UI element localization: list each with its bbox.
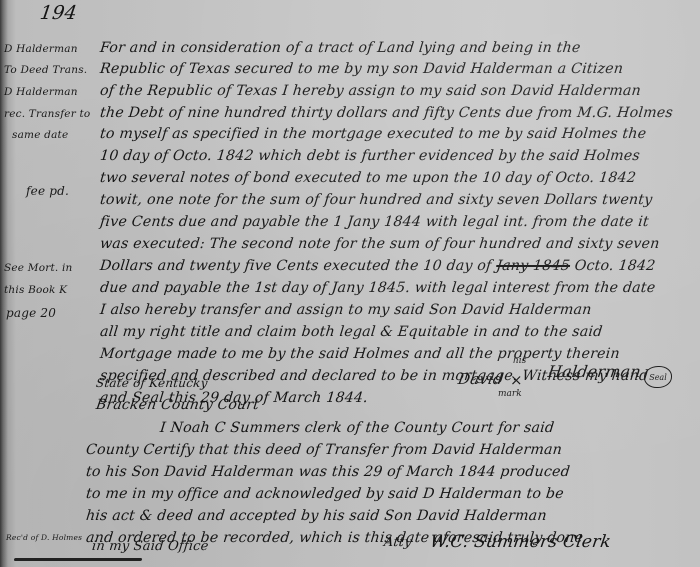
- certificate-state: State of Kentucky: [95, 377, 208, 389]
- certificate-county: Bracken County Court: [95, 398, 260, 412]
- deed-body-line: of the Republic of Texas I hereby assign…: [99, 84, 641, 98]
- certificate-line: I Noah C Summers clerk of the County Cou…: [159, 421, 555, 435]
- margin-note: fee pd.: [26, 185, 69, 197]
- page-number: 194: [39, 4, 79, 23]
- deed-body-line: was executed: The second note for the su…: [99, 237, 660, 251]
- deed-body-line: Republic of Texas secured to me by my so…: [99, 62, 624, 76]
- attest-label: Atty: [383, 536, 413, 549]
- struck-out-text: Jany 1845: [495, 258, 570, 274]
- clerk-signature: W.C. Summers Clerk: [429, 534, 612, 551]
- certificate-line: in my Said Office: [91, 540, 209, 553]
- certificate-line: to his Son David Halderman was this 29 o…: [85, 465, 570, 479]
- margin-note: rec. Transfer to: [4, 109, 90, 120]
- signature-mark-x: ×: [510, 371, 523, 389]
- margin-note: D Halderman: [4, 87, 78, 98]
- deed-line-text: Dollars and twenty five Cents executed t…: [99, 258, 492, 274]
- certificate-line: to me in my office and acknowledged by s…: [85, 487, 564, 501]
- scanned-deed-page: 194 D Halderman To Deed Trans. D Halderm…: [0, 0, 700, 567]
- margin-note: this Book K: [4, 285, 67, 296]
- deed-body-line: Mortgage made to me by the said Holmes a…: [99, 347, 620, 361]
- margin-note: To Deed Trans.: [4, 65, 87, 76]
- margin-note: D Halderman: [4, 44, 78, 55]
- signature-first-name: David: [457, 372, 504, 387]
- deed-body-line: 10 day of Octo. 1842 which debt is furth…: [99, 149, 640, 163]
- deed-body-line: due and payable the 1st day of Jany 1845…: [99, 281, 656, 295]
- deed-body-line: I also hereby transfer and assign to my …: [99, 303, 592, 317]
- margin-note: same date: [12, 130, 68, 141]
- seal-icon: Seal: [644, 366, 672, 388]
- deed-body-line: For and in consideration of a tract of L…: [99, 41, 581, 55]
- deed-body-line: five Cents due and payable the 1 Jany 18…: [99, 215, 649, 229]
- deed-body-line: towit, one note for the sum of four hund…: [99, 193, 653, 207]
- deed-body-line: the Debt of nine hundred thirty dollars …: [99, 106, 673, 120]
- deed-body-line: two several notes of bond executed to me…: [99, 171, 636, 185]
- deed-body-line: Dollars and twenty five Cents executed t…: [99, 259, 656, 273]
- margin-note: page 20: [6, 307, 56, 319]
- margin-note: Rec'd of D. Holmes: [6, 534, 82, 542]
- seal-label: Seal: [649, 373, 667, 382]
- signature-mark-label: mark: [498, 389, 522, 399]
- signature-last-name: Halderman: [547, 364, 642, 380]
- signature-his: his: [513, 356, 526, 366]
- underline-flourish: [14, 558, 143, 561]
- correction-text: Octo. 1842: [574, 258, 656, 274]
- deed-body-line: to myself as specified in the mortgage e…: [99, 127, 647, 141]
- deed-body-line: all my right title and claim both legal …: [99, 325, 603, 339]
- margin-note: See Mort. in: [4, 263, 72, 274]
- certificate-line: County Certify that this deed of Transfe…: [85, 443, 563, 457]
- certificate-line: his act & deed and accepted by his said …: [85, 509, 547, 523]
